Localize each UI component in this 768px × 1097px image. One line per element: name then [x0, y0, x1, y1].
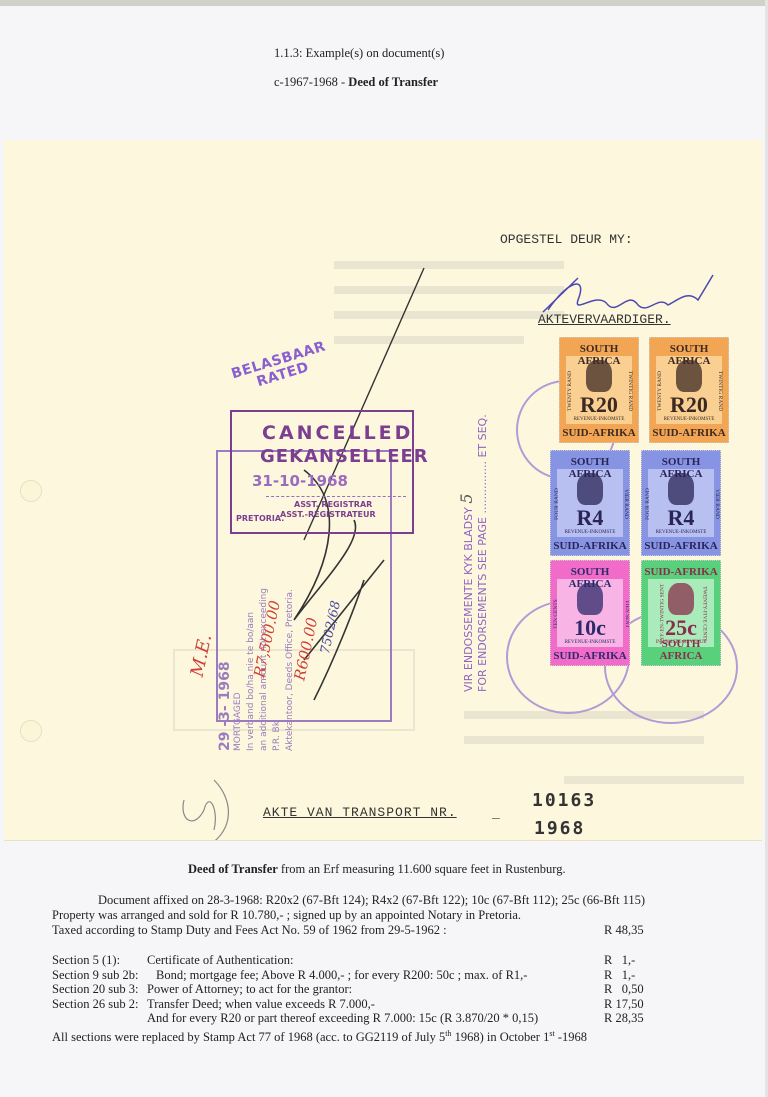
coat-of-arms-icon	[668, 583, 694, 615]
total-tax: R 48,35	[604, 923, 644, 938]
section-label: Section 5 (1):	[52, 953, 120, 968]
revenue-stamp: SOUTH AFRICATWENTY RANDTWINTIG RANDR20RE…	[559, 337, 639, 443]
section-label: Section 26 sub 2:	[52, 997, 138, 1012]
page-title: c-1967-1968 - Deed of Transfer	[274, 75, 438, 90]
section-description: Bond; mortgage fee; Above R 4.000,- ; fo…	[156, 968, 527, 983]
coat-of-arms-icon	[676, 360, 702, 392]
revenue-stamp: SOUTH AFRICAFOUR RANDVIER RANDR4REVENUE-…	[550, 450, 630, 556]
section-amount: R 0,50	[604, 982, 644, 997]
revenue-stamp: SOUTH AFRICATWENTY RANDTWINTIG RANDR20RE…	[649, 337, 729, 443]
conveyancer-title: AKTEVERVAARDIGER.	[538, 312, 671, 327]
revenue-stamp: SOUTH AFRICAFOUR RANDVIER RANDR4REVENUE-…	[641, 450, 721, 556]
affixed-line: Document affixed on 28-3-1968: R20x2 (67…	[98, 893, 645, 908]
coat-of-arms-icon	[577, 583, 603, 615]
coat-of-arms-icon	[577, 473, 603, 505]
document-caption: Deed of Transfer from an Erf measuring 1…	[188, 862, 566, 877]
footer-note: All sections were replaced by Stamp Act …	[52, 1026, 587, 1045]
coat-of-arms-icon	[668, 473, 694, 505]
transport-number: 10163	[532, 790, 596, 811]
stamp-value: R4	[642, 505, 720, 531]
coat-of-arms-icon	[586, 360, 612, 392]
stamp-value: R4	[551, 505, 629, 531]
cancelled-date: 31-10-1968	[252, 472, 348, 490]
section-title: 1.1.3: Example(s) on document(s)	[274, 46, 444, 61]
revenue-stamp: SOUTH AFRICATEN CENTSTIEN SENT10cREVENUE…	[550, 560, 630, 666]
section-label: Section 9 sub 2b:	[52, 968, 138, 983]
transport-year: 1968	[534, 818, 585, 839]
endorsement-note: VIR ENDOSSEMENTE KYK BLADSY 5 FOR ENDORS…	[460, 414, 490, 692]
cancelled-stamp: CANCELLED GEKANSELLEER 31-10-1968 ASST. …	[230, 410, 414, 534]
drafted-by-label: OPGESTEL DEUR MY:	[500, 232, 633, 247]
section-amount: R 1,-	[604, 953, 635, 968]
tax-act-line: Taxed according to Stamp Duty and Fees A…	[52, 923, 447, 938]
section-amount: R 17,50	[604, 997, 644, 1012]
section-amount: R 28,35	[604, 1011, 644, 1026]
revenue-stamp: SUID-AFRIKAVYF-EN-TWINTIG SENTTWENTY-FIV…	[641, 560, 721, 666]
section-label: Section 20 sub 3:	[52, 982, 138, 997]
deed-document-image: BELASBAAR RATED OPGESTEL DEUR MY: AKTEVE…	[4, 140, 762, 841]
section-description: And for every R20 or part thereof exceed…	[147, 1011, 538, 1026]
section-description: Power of Attorney; to act for the granto…	[147, 982, 352, 997]
section-description: Transfer Deed; when value exceeds R 7.00…	[147, 997, 375, 1012]
sale-line: Property was arranged and sold for R 10.…	[52, 908, 521, 923]
page-top-edge	[0, 0, 768, 6]
deed-of-transfer-label: AKTE VAN TRANSPORT NR.	[263, 805, 457, 820]
stamp-value: 10c	[551, 615, 629, 641]
document-type: Deed of Transfer	[348, 75, 438, 89]
section-amount: R 1,-	[604, 968, 635, 983]
stamp-value: R20	[560, 392, 638, 418]
section-description: Certificate of Authentication:	[147, 953, 293, 968]
stamp-value: R20	[650, 392, 728, 418]
